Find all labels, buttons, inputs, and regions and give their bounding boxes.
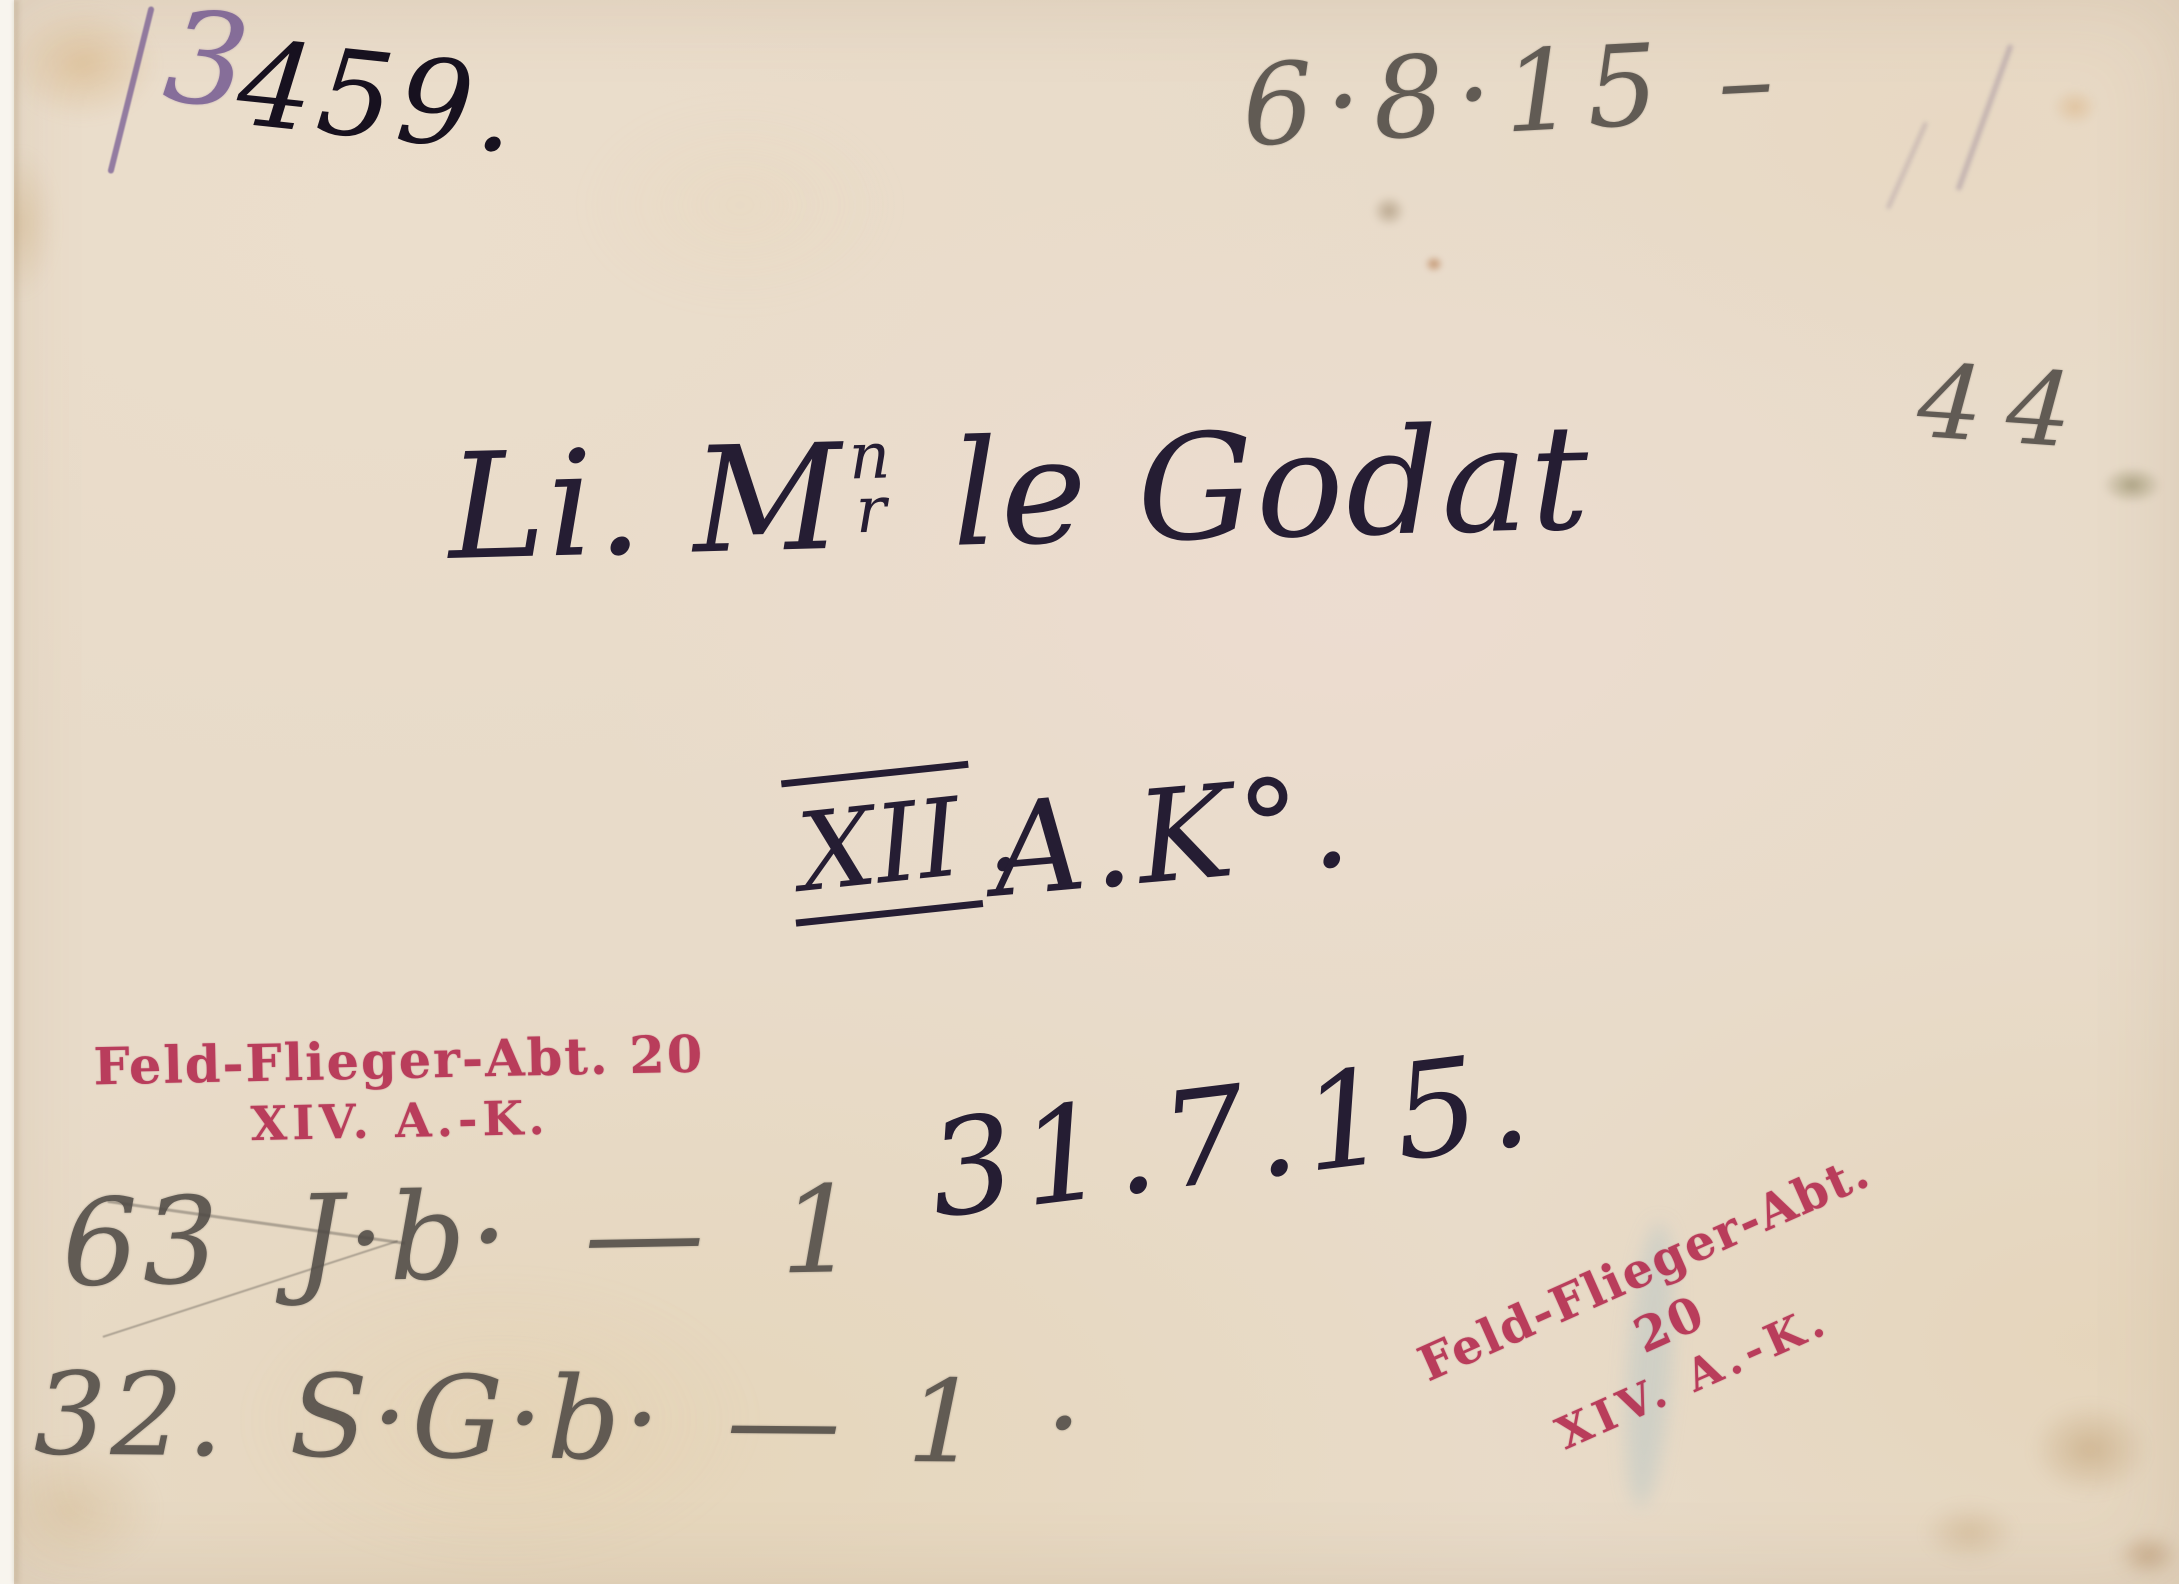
recipient-word2: M [690, 413, 846, 587]
violet-slash-mark [107, 6, 154, 174]
paper-stain [1424, 255, 1444, 273]
recipient-line: Li. Mnr le Godat [446, 393, 1593, 593]
stamp-line1: Feld-Flieger-Abt. 20 [91, 1022, 707, 1101]
serial-number: 459. [232, 14, 528, 181]
paper-stain [1372, 195, 1406, 227]
recipient-superscript-bottom: r [850, 484, 895, 540]
paper-stain [2116, 1532, 2179, 1578]
ink-date-center: 31.7.15. [921, 1021, 1545, 1248]
paper-stain [580, 100, 900, 310]
paper-stain [2030, 1402, 2150, 1497]
unit-stamp-left: Feld-Flieger-Abt. 20 XIV. A.-K. [91, 1022, 708, 1158]
scan-edge-shadow [14, 0, 21, 1584]
unit-roman-xii: XII [781, 761, 984, 927]
ink-smudge-stroke [1956, 44, 2014, 191]
scan-edge [0, 0, 14, 1584]
pencil-date-top: 6·8·15 – [1239, 14, 1789, 172]
ink-smudge-stroke [1886, 121, 1928, 209]
unit-corps-abbrev: A.K°. [986, 746, 1361, 926]
pencil-number-44: 44 [1914, 342, 2100, 473]
recipient-word1: Li. [446, 418, 646, 593]
recipient-superscript-stack: nr [848, 429, 894, 539]
paper-stain [2102, 466, 2162, 504]
pencil-tally-line-2: 32. S·G·b· — 1 · [33, 1347, 1086, 1489]
pencil-tally-line-1: 63 J·b· — 1 [61, 1161, 862, 1314]
photo-back-scan: 3 459. 6·8·15 – 44 Li. Mnr le Godat XII.… [0, 0, 2179, 1584]
paper-stain [2052, 88, 2098, 126]
paper-stain [1922, 1502, 2017, 1564]
recipient-word3: le Godat [949, 393, 1592, 580]
unit-stamp-right: Feld-Flieger-Abt. 20 XIV. A.-K. [1385, 1130, 1951, 1512]
